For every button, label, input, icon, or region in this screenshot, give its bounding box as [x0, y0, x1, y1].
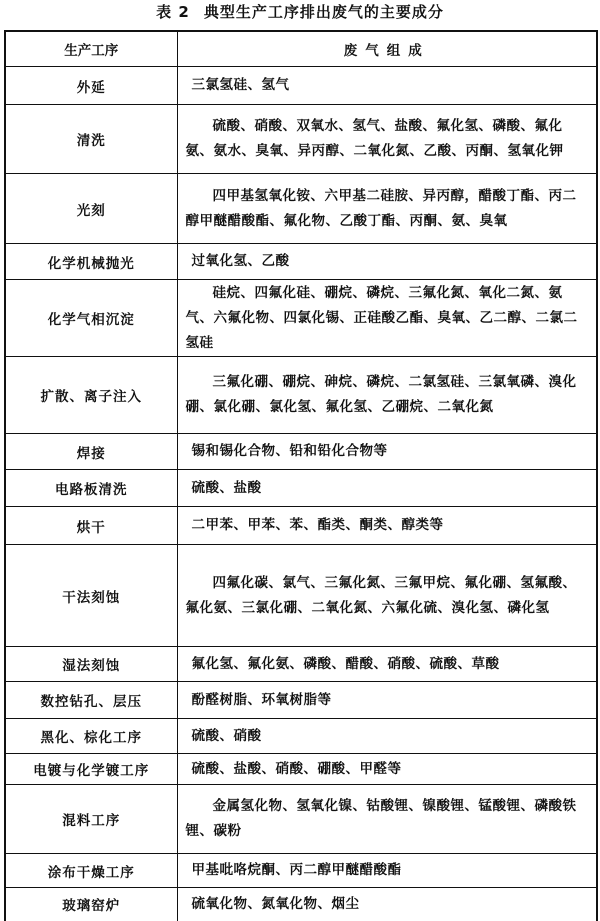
composition-cell: 硫酸、硝酸、双氧水、氢气、盐酸、氟化氢、磷酸、氟化氨、氨水、臭氧、异丙醇、二氧化… [177, 105, 597, 174]
table-row: 清洗 硫酸、硝酸、双氧水、氢气、盐酸、氟化氢、磷酸、氟化氨、氨水、臭氧、异丙醇、… [5, 105, 597, 174]
process-cell: 电镀与化学镀工序 [5, 754, 177, 785]
process-cell: 清洗 [5, 105, 177, 174]
table-row: 电路板清洗 硫酸、盐酸 [5, 470, 597, 507]
process-cell: 数控钻孔、层压 [5, 682, 177, 719]
composition-cell: 三氟化硼、硼烷、砷烷、磷烷、二氯氢硅、三氯氧磷、溴化硼、氯化硼、氯化氢、氟化氢、… [177, 357, 597, 434]
composition-cell: 过氧化氢、乙酸 [177, 244, 597, 280]
composition-cell: 四甲基氢氧化铵、六甲基二硅胺、异丙醇，醋酸丁酯、丙二醇甲醚醋酸酯、氟化物、乙酸丁… [177, 174, 597, 244]
header-composition: 废气组成 [177, 31, 597, 67]
composition-cell: 硫酸、盐酸、硝酸、硼酸、甲醛等 [177, 754, 597, 785]
composition-cell: 硫酸、盐酸 [177, 470, 597, 507]
composition-cell: 三氯氢硅、氢气 [177, 67, 597, 105]
table-row: 烘干 二甲苯、甲苯、苯、酯类、酮类、醇类等 [5, 507, 597, 545]
table-row: 数控钻孔、层压 酚醛树脂、环氧树脂等 [5, 682, 597, 719]
process-cell: 干法刻蚀 [5, 545, 177, 647]
process-cell: 涂布干燥工序 [5, 854, 177, 888]
process-cell: 焊接 [5, 434, 177, 470]
table-row: 玻璃窑炉 硫氧化物、氮氧化物、烟尘 [5, 888, 597, 921]
composition-cell: 硫氧化物、氮氧化物、烟尘 [177, 888, 597, 921]
process-cell: 外延 [5, 67, 177, 105]
table-header-row: 生产工序 废气组成 [5, 31, 597, 67]
process-cell: 光刻 [5, 174, 177, 244]
process-cell: 混料工序 [5, 785, 177, 854]
process-cell: 黑化、棕化工序 [5, 719, 177, 754]
composition-cell: 硫酸、硝酸 [177, 719, 597, 754]
process-cell: 扩散、离子注入 [5, 357, 177, 434]
table-title: 典型生产工序排出废气的主要成分 [204, 3, 444, 21]
process-cell: 玻璃窑炉 [5, 888, 177, 921]
composition-cell: 甲基吡咯烷酮、丙二醇甲醚醋酸酯 [177, 854, 597, 888]
process-cell: 湿法刻蚀 [5, 647, 177, 682]
table-caption: 表 2典型生产工序排出废气的主要成分 [0, 0, 600, 24]
composition-cell: 硅烷、四氟化硅、硼烷、磷烷、三氟化氮、氧化二氮、氨气、六氟化物、四氯化锡、正硅酸… [177, 280, 597, 357]
process-cell: 化学机械抛光 [5, 244, 177, 280]
table-row: 湿法刻蚀 氟化氢、氟化氨、磷酸、醋酸、硝酸、硫酸、草酸 [5, 647, 597, 682]
table-number: 表 2 [156, 3, 190, 21]
table-row: 光刻 四甲基氢氧化铵、六甲基二硅胺、异丙醇，醋酸丁酯、丙二醇甲醚醋酸酯、氟化物、… [5, 174, 597, 244]
table-row: 黑化、棕化工序 硫酸、硝酸 [5, 719, 597, 754]
process-cell: 化学气相沉淀 [5, 280, 177, 357]
composition-cell: 金属氢化物、氢氧化镍、钴酸锂、镍酸锂、锰酸锂、磷酸铁锂、碳粉 [177, 785, 597, 854]
process-cell: 电路板清洗 [5, 470, 177, 507]
table-row: 扩散、离子注入 三氟化硼、硼烷、砷烷、磷烷、二氯氢硅、三氯氧磷、溴化硼、氯化硼、… [5, 357, 597, 434]
table-row: 化学气相沉淀 硅烷、四氟化硅、硼烷、磷烷、三氟化氮、氧化二氮、氨气、六氟化物、四… [5, 280, 597, 357]
table-row: 干法刻蚀 四氟化碳、氯气、三氟化氮、三氟甲烷、氟化硼、氢氟酸、氟化氨、三氯化硼、… [5, 545, 597, 647]
composition-cell: 酚醛树脂、环氧树脂等 [177, 682, 597, 719]
table-row: 混料工序 金属氢化物、氢氧化镍、钴酸锂、镍酸锂、锰酸锂、磷酸铁锂、碳粉 [5, 785, 597, 854]
table-row: 涂布干燥工序 甲基吡咯烷酮、丙二醇甲醚醋酸酯 [5, 854, 597, 888]
table-row: 电镀与化学镀工序 硫酸、盐酸、硝酸、硼酸、甲醛等 [5, 754, 597, 785]
composition-cell: 氟化氢、氟化氨、磷酸、醋酸、硝酸、硫酸、草酸 [177, 647, 597, 682]
table-row: 外延 三氯氢硅、氢气 [5, 67, 597, 105]
composition-cell: 二甲苯、甲苯、苯、酯类、酮类、醇类等 [177, 507, 597, 545]
waste-gas-table: 生产工序 废气组成 外延 三氯氢硅、氢气 清洗 硫酸、硝酸、双氧水、氢气、盐酸、… [4, 30, 598, 921]
composition-cell: 锡和锡化合物、铅和铅化合物等 [177, 434, 597, 470]
process-cell: 烘干 [5, 507, 177, 545]
composition-cell: 四氟化碳、氯气、三氟化氮、三氟甲烷、氟化硼、氢氟酸、氟化氨、三氯化硼、二氧化氮、… [177, 545, 597, 647]
header-process: 生产工序 [5, 31, 177, 67]
table-row: 化学机械抛光 过氧化氢、乙酸 [5, 244, 597, 280]
table-row: 焊接 锡和锡化合物、铅和铅化合物等 [5, 434, 597, 470]
